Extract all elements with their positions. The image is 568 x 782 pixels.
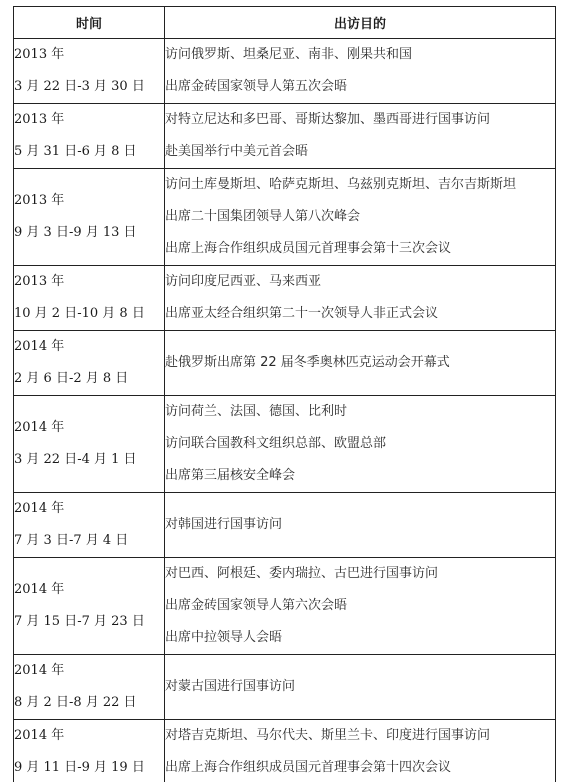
- table-row: 2014 年2 月 6 日-2 月 8 日赴俄罗斯出席第 22 届冬季奥林匹克运…: [14, 331, 556, 396]
- visit-year: 2014 年: [14, 574, 164, 606]
- purpose-line: 出席上海合作组织成员国元首理事会第十三次会议: [165, 233, 555, 265]
- purpose-cell: 对韩国进行国事访问: [165, 493, 556, 558]
- purpose-line: 对巴西、阿根廷、委内瑞拉、古巴进行国事访问: [165, 558, 555, 590]
- time-cell: 2014 年7 月 3 日-7 月 4 日: [14, 493, 165, 558]
- header-row: 时间 出访目的: [14, 7, 556, 39]
- table-row: 2014 年7 月 3 日-7 月 4 日对韩国进行国事访问: [14, 493, 556, 558]
- purpose-cell: 对蒙古国进行国事访问: [165, 655, 556, 720]
- purpose-line: 出席上海合作组织成员国元首理事会第十四次会议: [165, 752, 555, 782]
- purpose-cell: 对塔吉克斯坦、马尔代夫、斯里兰卡、印度进行国事访问出席上海合作组织成员国元首理事…: [165, 720, 556, 782]
- header-purpose: 出访目的: [165, 7, 556, 39]
- time-cell: 2014 年8 月 2 日-8 月 22 日: [14, 655, 165, 720]
- table-row: 2013 年3 月 22 日-3 月 30 日访问俄罗斯、坦桑尼亚、南非、刚果共…: [14, 39, 556, 104]
- table-row: 2014 年8 月 2 日-8 月 22 日对蒙古国进行国事访问: [14, 655, 556, 720]
- time-cell: 2013 年3 月 22 日-3 月 30 日: [14, 39, 165, 104]
- visit-year: 2014 年: [14, 331, 164, 363]
- purpose-line: 赴俄罗斯出席第 22 届冬季奥林匹克运动会开幕式: [165, 347, 555, 379]
- purpose-line: 出席第三届核安全峰会: [165, 460, 555, 492]
- purpose-line: 出席中拉领导人会晤: [165, 622, 555, 654]
- purpose-line: 出席金砖国家领导人第六次会晤: [165, 590, 555, 622]
- purpose-line: 访问联合国教科文组织总部、欧盟总部: [165, 428, 555, 460]
- visit-year: 2013 年: [14, 104, 164, 136]
- visit-dates: 3 月 22 日-3 月 30 日: [14, 71, 164, 103]
- purpose-cell: 对巴西、阿根廷、委内瑞拉、古巴进行国事访问出席金砖国家领导人第六次会晤出席中拉领…: [165, 558, 556, 655]
- table-row: 2014 年7 月 15 日-7 月 23 日对巴西、阿根廷、委内瑞拉、古巴进行…: [14, 558, 556, 655]
- time-cell: 2014 年9 月 11 日-9 月 19 日: [14, 720, 165, 782]
- purpose-line: 对特立尼达和多巴哥、哥斯达黎加、墨西哥进行国事访问: [165, 104, 555, 136]
- purpose-line: 赴美国举行中美元首会晤: [165, 136, 555, 168]
- table-row: 2013 年5 月 31 日-6 月 8 日对特立尼达和多巴哥、哥斯达黎加、墨西…: [14, 104, 556, 169]
- purpose-line: 访问俄罗斯、坦桑尼亚、南非、刚果共和国: [165, 39, 555, 71]
- header-time: 时间: [14, 7, 165, 39]
- visit-year: 2014 年: [14, 412, 164, 444]
- table-row: 2013 年9 月 3 日-9 月 13 日访问土库曼斯坦、哈萨克斯坦、乌兹别克…: [14, 169, 556, 266]
- time-cell: 2014 年7 月 15 日-7 月 23 日: [14, 558, 165, 655]
- visit-year: 2014 年: [14, 720, 164, 752]
- visit-dates: 2 月 6 日-2 月 8 日: [14, 363, 164, 395]
- purpose-line: 出席二十国集团领导人第八次峰会: [165, 201, 555, 233]
- visit-dates: 5 月 31 日-6 月 8 日: [14, 136, 164, 168]
- visit-year: 2013 年: [14, 185, 164, 217]
- visit-dates: 10 月 2 日-10 月 8 日: [14, 298, 164, 330]
- purpose-cell: 对特立尼达和多巴哥、哥斯达黎加、墨西哥进行国事访问赴美国举行中美元首会晤: [165, 104, 556, 169]
- purpose-cell: 赴俄罗斯出席第 22 届冬季奥林匹克运动会开幕式: [165, 331, 556, 396]
- visit-dates: 8 月 2 日-8 月 22 日: [14, 687, 164, 719]
- table-row: 2013 年10 月 2 日-10 月 8 日访问印度尼西亚、马来西亚出席亚太经…: [14, 266, 556, 331]
- table-row: 2014 年3 月 22 日-4 月 1 日访问荷兰、法国、德国、比利时访问联合…: [14, 396, 556, 493]
- table-row: 2014 年9 月 11 日-9 月 19 日对塔吉克斯坦、马尔代夫、斯里兰卡、…: [14, 720, 556, 782]
- purpose-cell: 访问荷兰、法国、德国、比利时访问联合国教科文组织总部、欧盟总部出席第三届核安全峰…: [165, 396, 556, 493]
- time-cell: 2013 年5 月 31 日-6 月 8 日: [14, 104, 165, 169]
- purpose-cell: 访问土库曼斯坦、哈萨克斯坦、乌兹别克斯坦、吉尔吉斯斯坦出席二十国集团领导人第八次…: [165, 169, 556, 266]
- purpose-line: 对蒙古国进行国事访问: [165, 671, 555, 703]
- visit-dates: 7 月 3 日-7 月 4 日: [14, 525, 164, 557]
- purpose-line: 访问荷兰、法国、德国、比利时: [165, 396, 555, 428]
- visit-year: 2013 年: [14, 39, 164, 71]
- time-cell: 2014 年3 月 22 日-4 月 1 日: [14, 396, 165, 493]
- purpose-cell: 访问印度尼西亚、马来西亚出席亚太经合组织第二十一次领导人非正式会议: [165, 266, 556, 331]
- purpose-cell: 访问俄罗斯、坦桑尼亚、南非、刚果共和国出席金砖国家领导人第五次会晤: [165, 39, 556, 104]
- visits-table: 时间 出访目的 2013 年3 月 22 日-3 月 30 日访问俄罗斯、坦桑尼…: [13, 6, 556, 782]
- visit-dates: 9 月 11 日-9 月 19 日: [14, 752, 164, 782]
- purpose-line: 对塔吉克斯坦、马尔代夫、斯里兰卡、印度进行国事访问: [165, 720, 555, 752]
- visit-year: 2014 年: [14, 493, 164, 525]
- visit-year: 2013 年: [14, 266, 164, 298]
- visit-dates: 7 月 15 日-7 月 23 日: [14, 606, 164, 638]
- time-cell: 2013 年9 月 3 日-9 月 13 日: [14, 169, 165, 266]
- visit-year: 2014 年: [14, 655, 164, 687]
- purpose-line: 访问印度尼西亚、马来西亚: [165, 266, 555, 298]
- purpose-line: 出席金砖国家领导人第五次会晤: [165, 71, 555, 103]
- visit-dates: 9 月 3 日-9 月 13 日: [14, 217, 164, 249]
- time-cell: 2013 年10 月 2 日-10 月 8 日: [14, 266, 165, 331]
- purpose-line: 出席亚太经合组织第二十一次领导人非正式会议: [165, 298, 555, 330]
- visit-dates: 3 月 22 日-4 月 1 日: [14, 444, 164, 476]
- purpose-line: 对韩国进行国事访问: [165, 509, 555, 541]
- time-cell: 2014 年2 月 6 日-2 月 8 日: [14, 331, 165, 396]
- purpose-line: 访问土库曼斯坦、哈萨克斯坦、乌兹别克斯坦、吉尔吉斯斯坦: [165, 169, 555, 201]
